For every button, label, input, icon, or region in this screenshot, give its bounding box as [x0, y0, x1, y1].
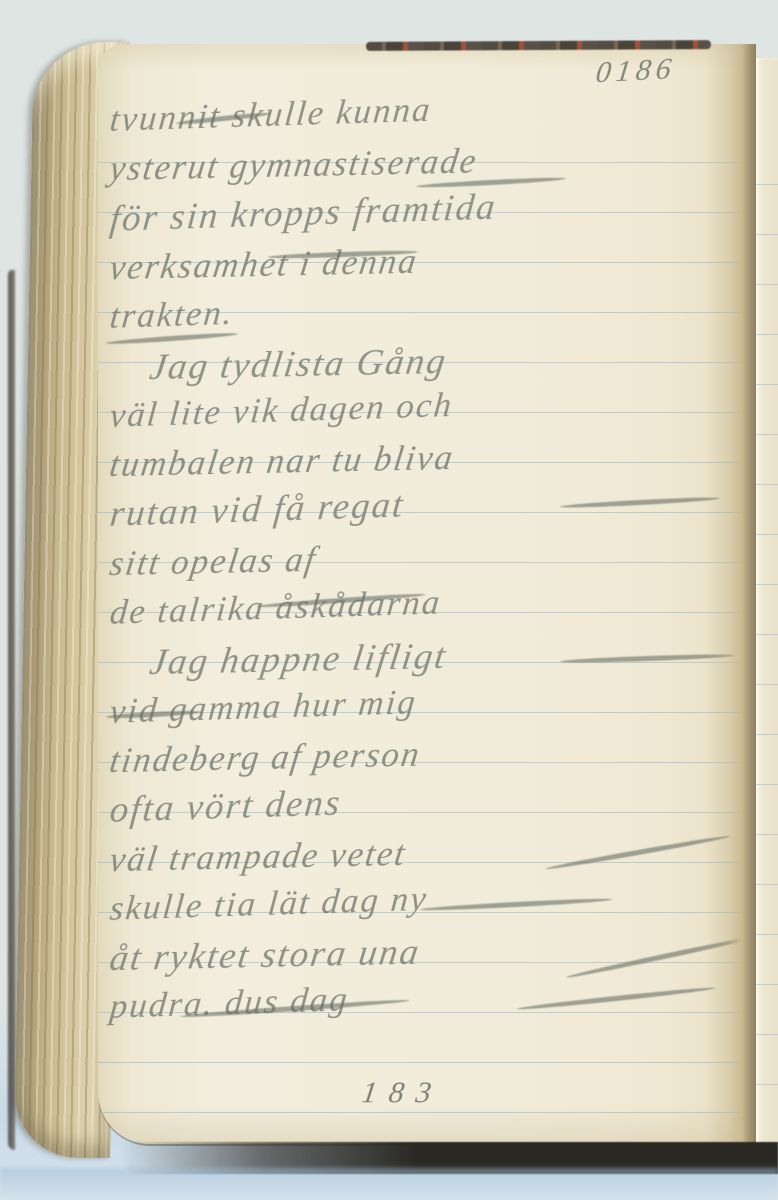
handwritten-line: tindeberg af person: [108, 736, 424, 778]
handwritten-line: trakten.: [108, 295, 235, 334]
handwritten-line: Jag happne lifligt: [147, 638, 449, 681]
page-number: 183: [360, 1076, 446, 1110]
handwritten-line: ysterut gymnastiserade: [108, 143, 480, 186]
handwritten-line: sitt opelas af: [108, 542, 320, 581]
handwritten-line: skulle tia lät dag ny: [108, 881, 429, 926]
facing-page-edge: [756, 58, 778, 1146]
scan-background: 0186 tvunnit skulle kunnaysterut gymnast…: [0, 0, 778, 1200]
facing-page-ruled-lines: [756, 184, 778, 1114]
handwritten-line: ofta vört dens: [108, 785, 343, 829]
handwritten-line: Jag tydlista Gång: [147, 343, 449, 386]
handwritten-line: verksamhet i denna: [108, 243, 421, 285]
handwritten-line: vid gamma hur mig: [108, 684, 418, 729]
handwritten-line: tumbalen nar tu bliva: [108, 440, 457, 482]
handwritten-line: de talrika åskådarna: [108, 585, 443, 631]
handwritten-line: tvunnit skulle kunna: [108, 92, 433, 137]
handwritten-line: rutan vid få regat: [108, 487, 406, 533]
folio-stamp: 0186: [594, 52, 678, 90]
pencil-stroke: [420, 897, 612, 912]
handwritten-line: väl lite vik dagen och: [108, 387, 454, 433]
scan-bottom-glow: [0, 1168, 778, 1200]
handwritten-line: för sin kropps framtida: [108, 189, 498, 238]
notebook-page: 0186 tvunnit skulle kunnaysterut gymnast…: [98, 44, 744, 1144]
pencil-stroke: [516, 986, 715, 1012]
cover-edge: [8, 270, 15, 1150]
gutter-fold: [706, 44, 756, 1146]
handwritten-line: åt ryktet stora una: [107, 933, 422, 977]
handwritten-line: väl trampade vetet: [108, 836, 409, 877]
page-top-marbled-edge: [366, 40, 711, 51]
pencil-stroke: [545, 834, 731, 872]
handwritten-line: pudra. dus dag: [108, 981, 350, 1024]
pencil-stroke: [560, 496, 720, 509]
